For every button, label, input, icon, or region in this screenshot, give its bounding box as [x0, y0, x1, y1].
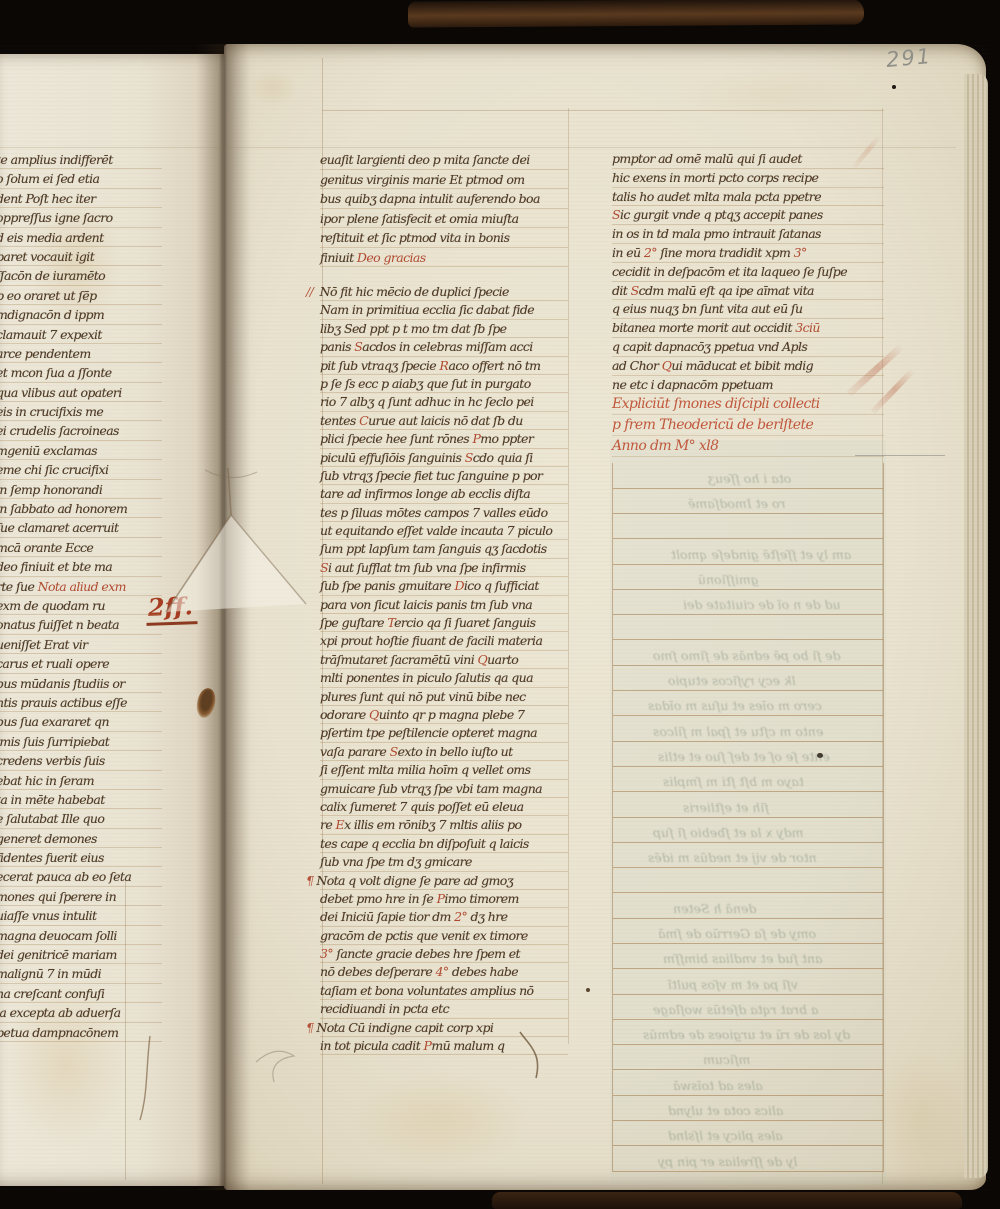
- manuscript-text-line: libʒ Sed ppt p t mo tm dat ſb ſpe: [320, 320, 568, 338]
- manuscript-text-line: tes p ſiluas mōtes campos 7 valles eūdo: [320, 504, 568, 522]
- manuscript-text-line: Sic gurgit vnde q ptqʒ accepit panes: [612, 206, 884, 225]
- manuscript-text-line: vaſa parare Sexto in bello iuſto ut: [320, 743, 568, 761]
- center-text-column: euaſit largienti deo p mita ſancte deige…: [320, 150, 568, 1055]
- manuscript-text-line: mdignacōn d ippm: [0, 305, 162, 324]
- ruled-empty-line: ſih et eſtlieris: [613, 792, 883, 817]
- manuscript-text-line: et mcon ſua a ſſonte: [0, 363, 162, 382]
- text-segment: euaſit largienti deo p mita ſancte dei: [320, 152, 530, 167]
- rubric-segment: 2°: [644, 245, 657, 260]
- ruled-empty-line: ento m cſtu et ſpal m ſilcos: [613, 716, 883, 741]
- show-through-text: tayo m bſt ſti m ſmplis: [663, 774, 804, 789]
- manuscript-text-line: // Nō fit hic mēcio de duplici ſpecie: [320, 283, 568, 301]
- ruled-empty-line: alics cota et ulynd: [613, 1096, 883, 1121]
- text-segment: piculū effuſiōis ſanguinis: [320, 450, 465, 465]
- rubric-segment: Anno dm M° xl8: [612, 438, 718, 454]
- text-segment: clamauit 7 expexit: [0, 327, 102, 342]
- show-through-text: ly de ſſrelias er pin py: [658, 1154, 797, 1169]
- manuscript-text-line: tentes Curue aut laicis nō dat ſb du: [320, 412, 568, 430]
- text-segment: exm de quodam ru: [0, 598, 105, 613]
- text-segment: ſancte gracie debes hre ſpem et: [333, 946, 520, 961]
- show-through-text: ro et Imodſamē: [688, 496, 786, 511]
- text-segment: arce pendentem: [0, 346, 91, 361]
- text-segment: ne etc i dapnacōm ppetuam: [612, 377, 773, 392]
- text-segment: para von ſicut laicis panis tm ſub vna: [320, 597, 532, 612]
- ruled-empty-line: de ſi bo pē ednās de ſimo ſmo: [613, 640, 883, 665]
- manuscript-text-line: rio 7 albʒ q ſunt adhuc in hc ſeclo pei: [320, 393, 568, 411]
- ruled-empty-line: ota i ho ſſeuʒ: [613, 463, 883, 488]
- ruled-empty-line: lk ecy ryſicos etupio: [613, 666, 883, 691]
- paragraph-mark: //: [306, 284, 320, 299]
- ruled-empty-line: ntor de vij et nedūs m idēs: [613, 843, 883, 868]
- manuscript-text-line: mlti ponentes in piculo ſalutis qa qua: [320, 669, 568, 687]
- manuscript-text-line: ipor plene ſatisfecit et omia miuſta: [320, 209, 568, 229]
- text-segment: bitanea morte morit aut occidit: [612, 320, 795, 335]
- fore-edge-leaves: [964, 74, 988, 1178]
- text-segment: la excepta ab aduerſa: [0, 1005, 121, 1020]
- manuscript-text-line: pmptor ad omē malū qui ſi audet: [612, 150, 884, 169]
- ruled-empty-line: omy de ſa Gerrūo de ſmā: [613, 919, 883, 944]
- text-segment: aco offert nō tm: [449, 358, 541, 373]
- text-segment: in eū: [612, 245, 644, 260]
- manuscript-text-line: malignū 7 in mūdi: [0, 964, 162, 983]
- rubric-segment: Expliciūt ſmones diſcipli collecti: [612, 396, 820, 412]
- text-segment: bus ſua exararet qn: [0, 714, 109, 729]
- show-through-text: mdy x la et ſbebio ſi ſup: [653, 825, 804, 840]
- text-segment: calix ſumeret 7 quis poſſet eū eleua: [320, 799, 523, 814]
- manuscript-text-line: panis Sacdos in celebras miſſam acci: [320, 338, 568, 356]
- manuscript-text-line: mgeniū exclamas: [0, 441, 162, 460]
- text-segment: pſertim tpe peſtilencie opteret magna: [320, 725, 537, 740]
- text-segment: plici ſpecie hee ſunt rōnes: [320, 431, 472, 446]
- left-page-text-column: te amplius indifferēto ſolum ei ſed etia…: [0, 150, 162, 1042]
- rubric-segment: Q: [478, 652, 488, 667]
- manuscript-text-line: Nam in primitiua ecclia ſic dabat fide: [320, 301, 568, 319]
- rubric-segment: Q: [369, 707, 379, 722]
- manuscript-text-line: plures ſunt qui nō put vinū bibe nec: [320, 688, 568, 706]
- text-segment: ic gurgit vnde q ptqʒ accepit panes: [620, 207, 823, 222]
- manuscript-text-line: mcā orante Ecce: [0, 538, 162, 557]
- show-through-text: lk ecy ryſicos etupio: [668, 673, 796, 688]
- manuscript-text-line: euaſit largienti deo p mita ſancte dei: [320, 150, 568, 170]
- text-segment: vaſa parare: [320, 744, 390, 759]
- manuscript-text-line: Si aut ſufflat tm ſub vna ſpe infirmis: [320, 559, 568, 577]
- text-segment: generet demones: [0, 831, 97, 846]
- text-segment: recidiuandi in pcta etc: [320, 1001, 449, 1016]
- center-column-block1: euaſit largienti deo p mita ſancte deige…: [320, 150, 568, 267]
- show-through-text: alics cota et ulynd: [668, 1103, 783, 1118]
- text-segment: in tot picula cadit: [320, 1038, 424, 1053]
- rubric-segment: 3°: [320, 946, 333, 961]
- text-segment: eis in crucifixis me: [0, 404, 103, 419]
- manuscript-text-line: tes cape q ecclia bn diſpoſuit q laicis: [320, 835, 568, 853]
- manuscript-text-line: piculū effuſiōis ſanguinis Scdo quia ſi: [320, 449, 568, 467]
- manuscript-text-line: ta in mēte habebat: [0, 790, 162, 809]
- text-segment: dʒ hre: [467, 909, 507, 924]
- manuscript-text-line: dei genitricē mariam: [0, 945, 162, 964]
- manuscript-text-line: clamauit 7 expexit: [0, 325, 162, 344]
- manuscript-text-line: in tot picula cadit Pmū malum q: [320, 1037, 568, 1055]
- manuscript-text-line: o ſolum ei ſed etia: [0, 169, 162, 188]
- manuscript-text-line: pſertim tpe peſtilencie opteret magna: [320, 724, 568, 742]
- manuscript-text-line: gmuicare ſub vtrqʒ ſpe vbi tam magna: [320, 780, 568, 798]
- text-segment: ueniſſet Erat vir: [0, 637, 88, 652]
- text-segment: ut equitando eſſet valde incauta 7 picul…: [320, 523, 552, 538]
- manuscript-text-line: q eius nuqʒ bn ſunt vita aut eū ſu: [612, 300, 884, 319]
- text-segment: mlti ponentes in piculo ſalutis qa qua: [320, 670, 533, 685]
- show-through-text: a brat rqta dſetūs woſlage: [653, 1002, 818, 1017]
- text-segment: nō debes deſperare: [320, 964, 436, 979]
- rubric-segment: C: [359, 413, 368, 428]
- text-segment: taſiam et bona voluntates amplius nō: [320, 983, 533, 998]
- manuscript-text-line: imis ſuis ſurripiebat: [0, 732, 162, 751]
- text-segment: mū malum q: [431, 1038, 504, 1053]
- manuscript-text-line: ſſacōn de iuramēto: [0, 266, 162, 285]
- text-segment: odorare: [320, 707, 369, 722]
- rubric-segment: 3°: [794, 245, 807, 260]
- text-segment: ui māducat et bibit mdig: [671, 358, 813, 373]
- text-segment: hic exens in morti pcto corps recipe: [612, 170, 818, 185]
- show-through-text: ud de n oī de ciuitate dei: [683, 597, 841, 612]
- manuscript-text-line: odorare Quinto qr p magna plebe 7: [320, 706, 568, 724]
- manuscript-text-line: finiuit Deo gracias: [320, 248, 568, 268]
- manuscript-text-line: d eis media ardent: [0, 228, 162, 247]
- manuscript-text-line: talis ho audet mlta mala pcta ppetre: [612, 188, 884, 207]
- show-through-text: ſih et eſtlieris: [683, 800, 769, 815]
- text-segment: malignū 7 in mūdi: [0, 966, 101, 981]
- manuscript-text-line: plici ſpecie hee ſunt rōnes Pmo ppter: [320, 430, 568, 448]
- text-segment: paret vocauit igit: [0, 249, 94, 264]
- manuscript-text-line: ſi eſſent mlta milia hoīm q vellet oms: [320, 761, 568, 779]
- text-segment: in ſabbato ad honorem: [0, 501, 127, 516]
- show-through-text: ento m cſtu et ſpal m ſilcos: [653, 724, 823, 739]
- ruled-empty-line: dy los de rū et urgioes de edmūs: [613, 1020, 883, 1045]
- text-segment: carus et ruali opere: [0, 656, 109, 671]
- text-segment: mcā orante Ecce: [0, 540, 93, 555]
- manuscript-text-line: magna deuocam ſolli: [0, 926, 162, 945]
- rubric-segment: R: [439, 358, 448, 373]
- text-segment: finiuit: [320, 250, 357, 265]
- manuscript-text-line: ei crudelis ſacroineas: [0, 421, 162, 440]
- text-segment: ſſacōn de iuramēto: [0, 268, 105, 283]
- manuscript-text-line: in ſemp honorandi: [0, 480, 162, 499]
- rubric-segment: Nota aliud exm: [38, 579, 126, 594]
- manuscript-text-line: oppreſſus igne ſacro: [0, 208, 162, 227]
- text-segment: Nota q volt digne ſe pare ad gmoʒ: [316, 873, 513, 888]
- rubric-segment: S: [390, 744, 398, 759]
- manuscript-text-line: bus ſua exararet qn: [0, 712, 162, 731]
- ruled-empty-line: cero m oīes et uſus m oīdas: [613, 691, 883, 716]
- text-segment: debet pmo hre in ſe: [320, 891, 437, 906]
- manuscript-text-line: ſue clamaret acerruit: [0, 518, 162, 537]
- manuscript-text-line: p frem Theodericū de berlſtete: [612, 415, 884, 436]
- text-segment: uinto qr p magna plebe 7: [379, 707, 525, 722]
- text-segment: q eius nuqʒ bn ſunt vita aut eū ſu: [612, 301, 802, 316]
- text-segment: e ſalutabat Ille quo: [0, 811, 104, 826]
- text-segment: dei genitricē mariam: [0, 947, 117, 962]
- ruled-empty-line: [613, 615, 883, 640]
- text-segment: eme chi ſic crucifixi: [0, 462, 108, 477]
- text-segment: tes p ſiluas mōtes campos 7 valles eūdo: [320, 505, 548, 520]
- explicit-colophon: Expliciūt ſmones diſcipli collectip frem…: [612, 394, 884, 457]
- manuscript-text-line: nō debes deſperare 4° debes habe: [320, 963, 568, 981]
- text-segment: ſine mora tradidit xpm: [657, 245, 794, 260]
- manuscript-text-line: debet pmo hre in ſe Pimo timorem: [320, 890, 568, 908]
- manuscript-text-line: genitus virginis marie Et ptmod om: [320, 170, 568, 190]
- text-segment: imo timorem: [444, 891, 518, 906]
- manuscript-text-line: bus quibʒ dapna intulit auferendo boa: [320, 189, 568, 209]
- rubric-segment: S: [465, 450, 473, 465]
- text-segment: ſub vtrqʒ ſpecie fiet tuc ſanguine p por: [320, 468, 542, 483]
- manuscript-text-line: calix ſumeret 7 quis poſſet eū eleua: [320, 798, 568, 816]
- ruled-empty-line: [613, 868, 883, 893]
- manuscript-text-line: credens verbis ſuis: [0, 751, 162, 770]
- show-through-text: ntor de vij et nedūs m idēs: [648, 850, 817, 865]
- paragraph-mark: ¶: [306, 873, 316, 888]
- manuscript-text-line: bitanea morte morit aut occidit 3ciū: [612, 319, 884, 338]
- manuscript-text-line: para von ſicut laicis panis tm ſub vna: [320, 596, 568, 614]
- manuscript-text-line: dent Poſt hec iter: [0, 189, 162, 208]
- rubric-segment: Deo gracias: [357, 250, 426, 265]
- binding-leather-bottom-edge: [492, 1192, 962, 1209]
- ruled-empty-line: mdy x la et ſbebio ſi ſup: [613, 818, 883, 843]
- manuscript-text-line: trāſmutaret ſacramētū vini Quarto: [320, 651, 568, 669]
- manuscript-text-line: Expliciūt ſmones diſcipli collecti: [612, 394, 884, 415]
- manuscript-text-line: deo finiuit et bte ma: [0, 557, 162, 576]
- text-segment: genitus virginis marie Et ptmod om: [320, 172, 525, 187]
- show-through-text: vſi pa et m vſos pultī: [668, 977, 798, 992]
- text-segment: cdo quia ſi: [473, 450, 533, 465]
- show-through-text: ente ſe oſ et deſ ſuo et etlis: [658, 749, 830, 764]
- text-segment: Nota Cū indigne capit corp xpi: [316, 1020, 493, 1035]
- manuscript-text-line: ſpe guſtare Tercio qa ſi ſuaret ſanguis: [320, 614, 568, 632]
- rubric-segment: S: [631, 283, 639, 298]
- text-segment: magna deuocam ſolli: [0, 928, 117, 943]
- manuscript-text-line: in os in td mala pmo intrauit ſatanas: [612, 225, 884, 244]
- manuscript-text-line: pit ſub vtraqʒ ſpecie Raco offert nō tm: [320, 357, 568, 375]
- ruled-empty-line: am ly et ſſeſtē gindeſe qmolt: [613, 539, 883, 564]
- show-through-text: ales plicy et lſslnd: [668, 1128, 783, 1143]
- text-segment: ſub vna ſpe tm dʒ gmicare: [320, 854, 472, 869]
- text-segment: reſtituit et ſic ptmod vita in bonis: [320, 230, 509, 245]
- ruled-empty-line: vſi pa et m vſos pultī: [613, 969, 883, 994]
- manuscript-text-line: ut equitando eſſet valde incauta 7 picul…: [320, 522, 568, 540]
- text-segment: onatus fuiſſet n beata: [0, 617, 119, 632]
- ruled-empty-line: ente ſe oſ et deſ ſuo et etlis: [613, 742, 883, 767]
- text-segment: mones qui ſperere in: [0, 889, 116, 904]
- ruled-empty-line: denā h Seten: [613, 893, 883, 918]
- text-segment: re: [320, 817, 336, 832]
- ruled-empty-line: ly de ſſrelias er pin py: [613, 1146, 883, 1171]
- text-segment: ſub ſpe panis gmuitare: [320, 578, 454, 593]
- manuscript-text-line: ſum ppt lapſum tam ſanguis qʒ ſacdotis: [320, 540, 568, 558]
- text-segment: bus quibʒ dapna intulit auferendo boa: [320, 191, 540, 206]
- show-through-text: de ſi bo pē ednās de ſimo ſmo: [653, 648, 841, 663]
- text-segment: imis ſuis ſurripiebat: [0, 734, 109, 749]
- empty-ruled-area: ota i ho ſſeuʒro et Imodſamēam ly et ſſe…: [612, 463, 884, 1171]
- text-segment: ipor plene ſatisfecit et omia miuſta: [320, 211, 518, 226]
- manuscript-text-line: 3° ſancte gracie debes hre ſpem et: [320, 945, 568, 963]
- ruled-empty-line: ales ad toīswā: [613, 1070, 883, 1095]
- text-segment: pit ſub vtraqʒ ſpecie: [320, 358, 439, 373]
- text-segment: qua vlibus aut opateri: [0, 385, 122, 400]
- text-segment: p eo oraret ut ſēp: [0, 288, 96, 303]
- manuscript-text-line: tare ad infirmos longe ab ecclis diſta: [320, 485, 568, 503]
- manuscript-text-line: cecidit in deſpacōm et ita laqueo ſe ſuſ…: [612, 263, 884, 282]
- manuscript-text-line: ecerat pauca ab eo ſeta: [0, 867, 162, 886]
- text-segment: debes habe: [449, 964, 518, 979]
- gutter-fold-shadow: [196, 44, 250, 1190]
- text-segment: trāſmutaret ſacramētū vini: [320, 652, 478, 667]
- rubric-segment: 2°: [454, 909, 467, 924]
- manuscript-text-line: e ſalutabat Ille quo: [0, 809, 162, 828]
- text-segment: talis ho audet mlta mala pcta ppetre: [612, 189, 821, 204]
- folio-number: 291: [885, 44, 933, 72]
- manuscript-text-line: exm de quodam ru: [0, 596, 162, 615]
- text-segment: dei Iniciū ſapie tior dm: [320, 909, 454, 924]
- text-segment: urue aut laicis nō dat ſb du: [368, 413, 523, 428]
- manuscript-text-line: ueniſſet Erat vir: [0, 635, 162, 654]
- text-segment: ſi eſſent mlta milia hoīm q vellet oms: [320, 762, 530, 777]
- text-segment: plures ſunt qui nō put vinū bibe nec: [320, 689, 526, 704]
- manuscript-text-line: bus mūdanis ſtudiis or: [0, 674, 162, 693]
- manuscript-text-line: uiaſſe vnus intulit: [0, 906, 162, 925]
- show-through-text: denā h Seten: [673, 901, 756, 916]
- show-through-text: dy los de rū et urgioes de edmūs: [643, 1027, 850, 1042]
- text-segment: fidentes fuerit eius: [0, 850, 104, 865]
- text-segment: rio 7 albʒ q ſunt adhuc in hc ſeclo pei: [320, 394, 534, 409]
- rubric-segment: S: [612, 207, 620, 222]
- manuscript-text-line: in ſabbato ad honorem: [0, 499, 162, 518]
- text-segment: in ſemp honorandi: [0, 482, 102, 497]
- manuscript-text-line: ntis prauis actibus eſſe: [0, 693, 162, 712]
- manuscript-text-line: in eū 2° ſine mora tradidit xpm 3°: [612, 244, 884, 263]
- text-segment: cecidit in deſpacōm et ita laqueo ſe ſuſ…: [612, 264, 847, 279]
- ruled-empty-line: ud de n oī de ciuitate dei: [613, 590, 883, 615]
- show-through-text: am ly et ſſeſtē gindeſe qmolt: [671, 547, 851, 562]
- text-segment: petua dampnacōnem: [0, 1025, 118, 1040]
- text-segment: mdignacōn d ippm: [0, 307, 104, 322]
- manuscript-text-line: xpi prout hoſtie fiuant de facili materi…: [320, 632, 568, 650]
- text-segment: exto in bello iuſto ut: [398, 744, 513, 759]
- ruled-empty-line: tayo m bſt ſti m ſmplis: [613, 767, 883, 792]
- text-segment: tare ad infirmos longe ab ecclis diſta: [320, 486, 530, 501]
- rubric-segment: 3ciū: [795, 320, 820, 335]
- right-text-column: pmptor ad omē malū qui ſi audethic exens…: [612, 150, 884, 1172]
- manuscript-text-line: ſub ſpe panis gmuitare Dico q ſufficiat: [320, 577, 568, 595]
- text-segment: libʒ Sed ppt p t mo tm dat ſb ſpe: [320, 321, 506, 336]
- manuscript-text-line: ſub vna ſpe tm dʒ gmicare: [320, 853, 568, 871]
- text-segment: ſpe guſtare: [320, 615, 387, 630]
- manuscript-text-line: ſub vtrqʒ ſpecie fiet tuc ſanguine p por: [320, 467, 568, 485]
- right-column-text: pmptor ad omē malū qui ſi audethic exens…: [612, 150, 884, 394]
- text-segment: ico q ſufficiat: [464, 578, 539, 593]
- manuscript-text-line: na creſcant confuſi: [0, 984, 162, 1003]
- manuscript-text-line: petua dampnacōnem: [0, 1023, 162, 1042]
- text-segment: oppreſſus igne ſacro: [0, 210, 113, 225]
- text-segment: Nō fit hic mēcio de duplici ſpecie: [320, 284, 509, 299]
- show-through-text: cero m oīes et uſus m oīdas: [648, 698, 822, 713]
- manuscript-text-line: hic exens in morti pcto corps recipe: [612, 169, 884, 188]
- text-segment: na creſcant confuſi: [0, 986, 104, 1001]
- text-segment: ſue clamaret acerruit: [0, 520, 118, 535]
- manuscript-text-line: reſtituit et ſic ptmod vita in bonis: [320, 228, 568, 248]
- text-segment: o ſolum ei ſed etia: [0, 171, 99, 186]
- text-segment: panis: [320, 339, 354, 354]
- ruled-empty-line: a brat rqta dſetūs woſlage: [613, 995, 883, 1020]
- text-segment: Nam in primitiua ecclia ſic dabat fide: [320, 302, 534, 317]
- text-segment: p ſe ſs ecc p aiabʒ que ſut in purgato: [320, 376, 531, 391]
- center-column-block2: // Nō fit hic mēcio de duplici ſpecieNam…: [320, 283, 568, 1055]
- rubric-segment: 4°: [436, 964, 449, 979]
- text-segment: ebat hic in ſeram: [0, 773, 94, 788]
- text-segment: acdos in celebras miſſam acci: [362, 339, 532, 354]
- manuscript-text-line: mones qui ſperere in: [0, 887, 162, 906]
- show-through-text: gmiſſionū: [698, 572, 759, 587]
- manuscript-text-line: generet demones: [0, 829, 162, 848]
- rubric-segment: E: [336, 817, 345, 832]
- manuscript-text-line: re Ex illis em rōnibʒ 7 mltis aliis po: [320, 816, 568, 834]
- text-segment: mgeniū exclamas: [0, 443, 97, 458]
- text-segment: gmuicare ſub vtrqʒ ſpe vbi tam magna: [320, 781, 542, 796]
- manuscript-text-line: te amplius indifferēt: [0, 150, 162, 169]
- text-segment: ta in mēte habebat: [0, 792, 105, 807]
- text-segment: uiaſſe vnus intulit: [0, 908, 96, 923]
- manuscript-text-line: paret vocauit igit: [0, 247, 162, 266]
- manuscript-text-line: p ſe ſs ecc p aiabʒ que ſut in purgato: [320, 375, 568, 393]
- text-segment: ei crudelis ſacroineas: [0, 423, 119, 438]
- text-segment: te amplius indifferēt: [0, 152, 113, 167]
- manuscript-text-line: fidentes fuerit eius: [0, 848, 162, 867]
- text-segment: d eis media ardent: [0, 230, 104, 245]
- manuscript-text-line: qua vlibus aut opateri: [0, 383, 162, 402]
- text-segment: q capit dapnacōʒ ppetua vnd Apls: [612, 339, 807, 354]
- manuscript-text-line: eis in crucifixis me: [0, 402, 162, 421]
- show-through-text: ant ſud et vndlias bimſſm: [663, 951, 822, 966]
- binding-leather-top-edge: [408, 0, 864, 28]
- manuscript-text-line: eme chi ſic crucifixi: [0, 460, 162, 479]
- show-through-text: ota i ho ſſeuʒ: [708, 471, 791, 486]
- rubric-segment: Q: [662, 358, 672, 373]
- manuscript-text-line: Anno dm M° xl8: [612, 436, 884, 457]
- manuscript-text-line: p eo oraret ut ſēp: [0, 286, 162, 305]
- text-segment: uarto: [487, 652, 518, 667]
- show-through-text: mſicum: [703, 1052, 750, 1067]
- manuscript-text-line: ¶Nota q volt digne ſe pare ad gmoʒ: [320, 872, 568, 890]
- text-segment: rte ſue: [0, 579, 38, 594]
- text-segment: ercio qa ſi ſuaret ſanguis: [394, 615, 535, 630]
- text-segment: dit: [612, 283, 631, 298]
- ruled-empty-line: mſicum: [613, 1045, 883, 1070]
- text-segment: tentes: [320, 413, 359, 428]
- text-segment: ad Chor: [612, 358, 662, 373]
- ruled-empty-line: ro et Imodſamē: [613, 489, 883, 514]
- manuscript-text-line: onatus fuiſſet n beata: [0, 615, 162, 634]
- text-segment: ecerat pauca ab eo ſeta: [0, 869, 131, 884]
- manuscript-text-line: ne etc i dapnacōm ppetuam: [612, 376, 884, 395]
- manuscript-text-line: ad Chor Qui māducat et bibit mdig: [612, 357, 884, 376]
- text-segment: ſum ppt lapſum tam ſanguis qʒ ſacdotis: [320, 541, 547, 556]
- text-segment: et mcon ſua a ſſonte: [0, 365, 112, 380]
- text-segment: cdm malū eſt qa ipe aīmat vita: [639, 283, 814, 298]
- manuscript-text-line: rte ſue Nota aliud exm: [0, 577, 162, 596]
- text-segment: in os in td mala pmo intrauit ſatanas: [612, 226, 821, 241]
- text-segment: xpi prout hoſtie fiuant de facili materi…: [320, 633, 542, 648]
- text-segment: deo finiuit et bte ma: [0, 559, 112, 574]
- text-segment: tes cape q ecclia bn diſpoſuit q laicis: [320, 836, 529, 851]
- manuscript-text-line: gracōm de pctis que venit ex timore: [320, 927, 568, 945]
- manuscript-text-line: carus et ruali opere: [0, 654, 162, 673]
- text-segment: ntis prauis actibus eſſe: [0, 695, 127, 710]
